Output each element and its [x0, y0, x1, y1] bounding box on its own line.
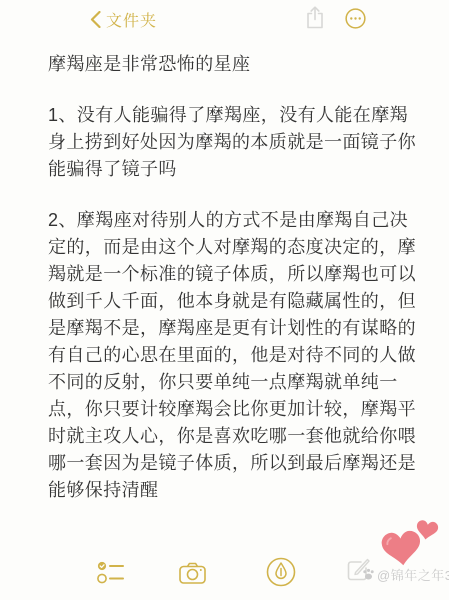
- markup-pen-icon: [266, 557, 296, 587]
- back-button-label: 文件夹: [106, 8, 157, 31]
- navbar: 文件夹: [0, 0, 449, 38]
- share-icon: [306, 6, 324, 29]
- markup-button[interactable]: [266, 557, 296, 587]
- more-button[interactable]: [345, 8, 366, 29]
- paw-icon: [362, 568, 375, 581]
- note-content[interactable]: 摩羯座是非常恐怖的星座 1、没有人能骗得了摩羯座，没有人能在摩羯身上捞到好处因为…: [48, 51, 421, 504]
- chevron-left-icon: [90, 11, 101, 28]
- heart-sticker-small: [415, 518, 440, 541]
- note-paragraph-1: 1、没有人能骗得了摩羯座，没有人能在摩羯身上捞到好处因为摩羯的本质就是一面镜子你…: [48, 102, 421, 183]
- share-button[interactable]: [306, 6, 324, 29]
- ellipsis-circle-icon: [345, 8, 366, 29]
- notes-app-screen: 文件夹 摩羯座是非常恐怖的星座 1、没有人能骗得了摩羯座，没有人能在摩羯身上捞到…: [0, 0, 449, 600]
- back-button[interactable]: 文件夹: [90, 8, 157, 31]
- heart-icon: [415, 518, 440, 541]
- checklist-icon: [97, 560, 126, 585]
- camera-button[interactable]: [179, 562, 206, 584]
- watermark: @锦年之年3: [362, 565, 449, 584]
- note-paragraph-2: 2、摩羯座对待别人的方式不是由摩羯自己决定的，而是由这个人对摩羯的态度决定的，摩…: [48, 207, 421, 504]
- watermark-handle: @锦年之年3: [377, 565, 449, 584]
- camera-icon: [179, 562, 206, 584]
- note-title: 摩羯座是非常恐怖的星座: [48, 51, 421, 78]
- checklist-button[interactable]: [97, 560, 126, 585]
